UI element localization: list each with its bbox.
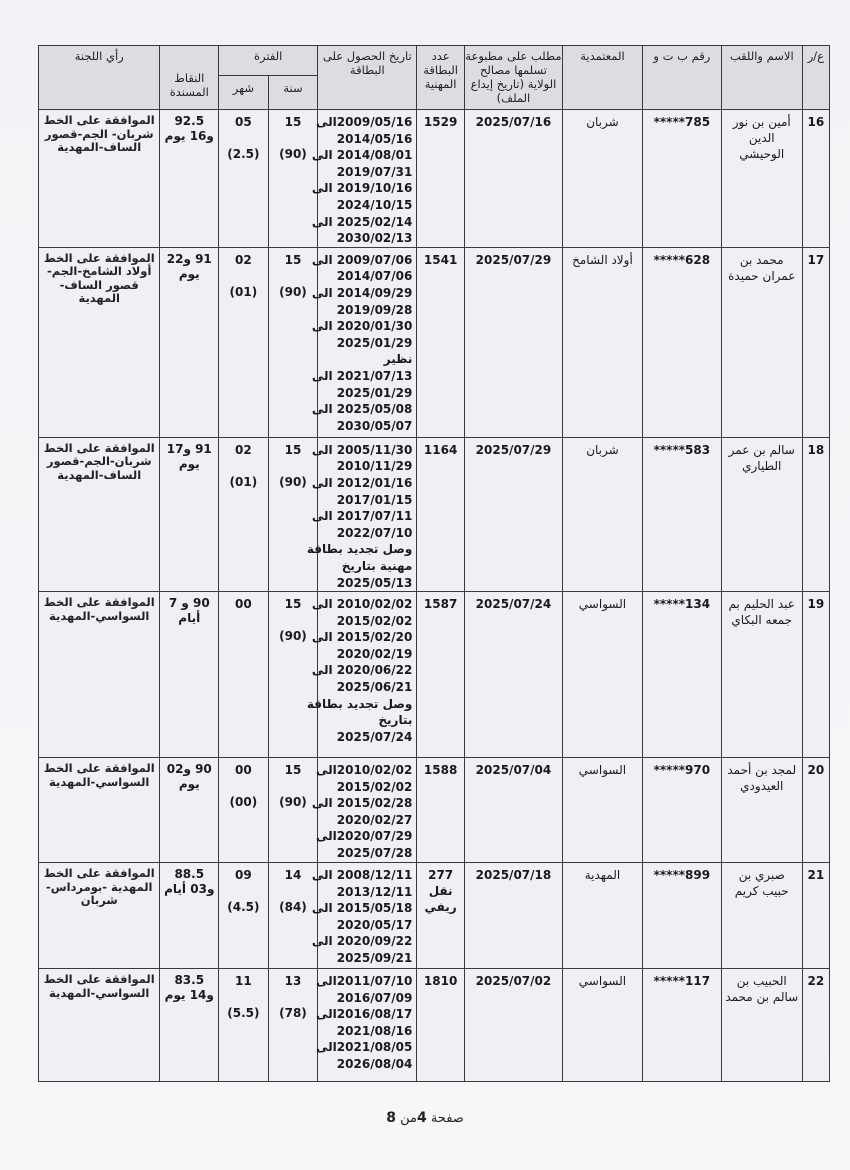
card_dates-line: 2014/08/01 الى [318, 147, 412, 164]
name-line: محمد بن [725, 252, 799, 268]
cell-request-date: 2025/07/29 [464, 437, 562, 591]
card_number-line: ريفي [417, 899, 464, 915]
delegation: السواسي [579, 974, 626, 988]
page-label: صفحة [431, 1111, 464, 1126]
cell-opinion: الموافقة على الخطشربان-الجم-قصورالساف-ال… [39, 437, 160, 591]
card_dates-line: 2025/05/13 [318, 575, 412, 592]
card_dates-line: 2020/01/30 الى [318, 318, 412, 335]
name-line: الدين [725, 130, 799, 146]
months: 00 [235, 597, 252, 611]
card_number-line: 1164 [417, 442, 464, 458]
card_dates-line: بتاريخ [318, 712, 412, 729]
header-id-number: رقم ب ت و [642, 46, 721, 110]
cell-card-number: 1164 [417, 437, 465, 591]
years-sub: (90) [269, 146, 318, 162]
years: 13 [285, 974, 302, 988]
card_dates-line: 2025/07/24 [318, 729, 412, 746]
card_dates-line: 2005/11/30 الى [318, 442, 412, 459]
years-sub: (90) [269, 628, 318, 644]
page-number: صفحة 4من 8 [0, 1110, 850, 1126]
cell-card-dates: 2005/11/30 الى2010/11/292012/01/16 الى20… [318, 437, 417, 591]
years-sub: (78) [269, 1005, 318, 1021]
card_dates-line: 2021/07/13 الى [318, 368, 412, 385]
years-sub: (90) [269, 284, 318, 300]
card_dates-line: 2011/07/10الى [318, 973, 412, 990]
cell-months: 02(01) [219, 437, 269, 591]
page-current: 4 [417, 1110, 427, 1126]
cell-name: الحبيب بنسالم بن محمد [721, 969, 802, 1082]
cell-opinion: الموافقة على الخطالمهدية -بومرداس-شربان [39, 863, 160, 969]
points-line: يوم [160, 267, 218, 282]
years: 14 [285, 868, 302, 882]
delegation: شربان [586, 443, 618, 457]
request-date: 2025/07/29 [476, 253, 552, 267]
table-body: 16أمين بن نورالدينالوحيشي*****785شربان20… [39, 110, 830, 1082]
cell-months: 09(4.5) [219, 863, 269, 969]
cell-points: 91 و22يوم [160, 247, 219, 437]
id-number: *****899 [654, 868, 710, 882]
card_dates-line: 2020/07/29الى [318, 828, 412, 845]
cell-card-dates: 2010/02/02الى2015/02/022015/02/28 الى202… [318, 758, 417, 863]
cell-id-number: *****628 [642, 247, 721, 437]
name-line: حبيب كريم [725, 883, 799, 899]
card_dates-line: 2009/07/06 الى [318, 252, 412, 269]
table-row: 19عبد الحليم بمجمعه البكاي*****134السواس… [39, 592, 830, 758]
cell-request-date: 2025/07/24 [464, 592, 562, 758]
opinion-line: المهدية -بومرداس- [43, 881, 155, 895]
card_dates-line: 2025/01/29 [318, 385, 412, 402]
card_dates-line: 2009/05/16الى [318, 114, 412, 131]
cell-index: 17 [802, 247, 829, 437]
cell-id-number: *****785 [642, 110, 721, 248]
cell-id-number: *****583 [642, 437, 721, 591]
card_number-line: نقل [417, 883, 464, 899]
card_dates-line: 2008/12/11 الى [318, 867, 412, 884]
cell-id-number: *****899 [642, 863, 721, 969]
points-line: 83.5 [160, 973, 218, 988]
card_dates-line: 2024/10/15 [318, 197, 412, 214]
name-line: لمجد بن أحمد [725, 762, 799, 778]
request-date: 2025/07/02 [476, 974, 552, 988]
name-line: الطياري [725, 458, 799, 474]
cell-delegation: السواسي [563, 592, 643, 758]
cell-id-number: *****970 [642, 758, 721, 863]
years-sub: (84) [269, 899, 318, 915]
points-line: يوم [160, 777, 218, 792]
card_number-line: 1588 [417, 762, 464, 778]
cell-delegation: السواسي [563, 969, 643, 1082]
points-line: و14 يوم [160, 988, 218, 1003]
id-number: *****970 [654, 763, 710, 777]
cell-years: 13(78) [268, 969, 318, 1082]
cell-months: 05(2.5) [219, 110, 269, 248]
cell-card-number: 277نقلريفي [417, 863, 465, 969]
name-line: جمعه البكاي [725, 612, 799, 628]
months: 09 [235, 868, 252, 882]
cell-delegation: المهدية [563, 863, 643, 969]
header-period-month: شهر [219, 76, 269, 110]
years: 15 [285, 253, 302, 267]
years: 15 [285, 443, 302, 457]
name-line: صبري بن [725, 867, 799, 883]
name-line: الحبيب بن [725, 973, 799, 989]
points-line: يوم [160, 457, 218, 472]
card_dates-line: وصل تجديد بطاقة [318, 696, 412, 713]
months-sub: (2.5) [219, 146, 268, 162]
cell-card-number: 1587 [417, 592, 465, 758]
delegation: المهدية [585, 868, 621, 882]
card_dates-line: 2016/07/09 [318, 990, 412, 1007]
months: 00 [235, 763, 252, 777]
cell-index: 20 [802, 758, 829, 863]
row-index: 17 [808, 253, 825, 267]
cell-opinion: الموافقة على الخطالسواسي-المهدية [39, 592, 160, 758]
card_dates-line: 2025/05/08 الى [318, 401, 412, 418]
months-sub: (01) [219, 284, 268, 300]
row-index: 22 [808, 974, 825, 988]
delegation: السواسي [579, 597, 626, 611]
card_dates-line: 2010/11/29 [318, 458, 412, 475]
card_dates-line: 2021/08/05الى [318, 1039, 412, 1056]
header-delegation: المعتمدية [563, 46, 643, 110]
name-line: العيدودي [725, 778, 799, 794]
cell-years: 15(90) [268, 437, 318, 591]
points-line: أيام [160, 611, 218, 626]
card_dates-line: 2015/05/18 الى [318, 900, 412, 917]
name-line: أمين بن نور [725, 114, 799, 130]
card_dates-line: 2015/02/20 الى [318, 629, 412, 646]
opinion-line: السواسي-المهدية [43, 987, 155, 1001]
points-line: و16 يوم [160, 129, 218, 144]
opinion-line: الساف-المهدية [43, 469, 155, 483]
card_dates-line: 2016/08/17الى [318, 1006, 412, 1023]
card_number-line: 1541 [417, 252, 464, 268]
cell-card-dates: 2009/05/16الى2014/05/162014/08/01 الى201… [318, 110, 417, 248]
card_dates-line: 2019/09/28 [318, 302, 412, 319]
name-line: سالم بن عمر [725, 442, 799, 458]
card_dates-line: نظير [318, 351, 412, 368]
name-line: عبد الحليم بم [725, 596, 799, 612]
cell-card-number: 1541 [417, 247, 465, 437]
opinion-line: شربان- الجم-قصور [43, 128, 155, 142]
card_dates-line: 2030/02/13 [318, 230, 412, 247]
table-row: 21صبري بنحبيب كريم*****899المهدية2025/07… [39, 863, 830, 969]
card_dates-line: 2025/06/21 [318, 679, 412, 696]
page-of: من [400, 1111, 417, 1126]
cell-months: 11(5.5) [219, 969, 269, 1082]
table-row: 22الحبيب بنسالم بن محمد*****117السواسي20… [39, 969, 830, 1082]
opinion-line: الموافقة على الخط [43, 114, 155, 128]
cell-index: 19 [802, 592, 829, 758]
cell-index: 21 [802, 863, 829, 969]
cell-request-date: 2025/07/29 [464, 247, 562, 437]
years: 15 [285, 763, 302, 777]
points-line: 92.5 [160, 114, 218, 129]
cell-index: 16 [802, 110, 829, 248]
points-line: 91 و17 [160, 442, 218, 457]
card_number-line: 1529 [417, 114, 464, 130]
months-sub: (00) [219, 794, 268, 810]
opinion-line: أولاد الشامخ-الجم- [43, 265, 155, 279]
card_dates-line: 2021/08/16 [318, 1023, 412, 1040]
name-line: الوحيشي [725, 146, 799, 162]
card_dates-line: 2026/08/04 [318, 1056, 412, 1073]
opinion-line: الموافقة على الخط [43, 762, 155, 776]
name-line: سالم بن محمد [725, 989, 799, 1005]
request-date: 2025/07/04 [476, 763, 552, 777]
points-line: 88.5 [160, 867, 218, 882]
row-index: 21 [808, 868, 825, 882]
cell-opinion: الموافقة على الخطأولاد الشامخ-الجم-قصور … [39, 247, 160, 437]
header-points: النقاط المسندة [160, 46, 219, 110]
opinion-line: السواسي-المهدية [43, 776, 155, 790]
years-sub: (90) [269, 794, 318, 810]
card_dates-line: 2025/02/14 الى [318, 214, 412, 231]
card_dates-line: 2019/07/31 [318, 164, 412, 181]
card_dates-line: 2014/05/16 [318, 131, 412, 148]
table-row: 17محمد بنعمران حميدة*****628أولاد الشامخ… [39, 247, 830, 437]
card_number-line: 277 [417, 867, 464, 883]
cell-delegation: شربان [563, 110, 643, 248]
card_dates-line: 2015/02/28 الى [318, 795, 412, 812]
cell-points: 90 و02يوم [160, 758, 219, 863]
cell-opinion: الموافقة على الخطشربان- الجم-قصورالساف-ا… [39, 110, 160, 248]
card_dates-line: 2020/06/22 الى [318, 662, 412, 679]
card_dates-line: 2014/07/06 [318, 268, 412, 285]
card_dates-line: 2020/02/27 [318, 812, 412, 829]
cell-id-number: *****134 [642, 592, 721, 758]
card_dates-line: 2020/05/17 [318, 917, 412, 934]
header-period-year: سنة [268, 76, 318, 110]
card_dates-line: 2025/07/28 [318, 845, 412, 862]
cell-name: سالم بن عمرالطياري [721, 437, 802, 591]
id-number: *****785 [654, 115, 710, 129]
delegation: شربان [586, 115, 618, 129]
header-card-number: عدد البطاقة المهنية [417, 46, 465, 110]
cell-opinion: الموافقة على الخطالسواسي-المهدية [39, 758, 160, 863]
cell-card-number: 1588 [417, 758, 465, 863]
row-index: 19 [808, 597, 825, 611]
cell-points: 91 و17يوم [160, 437, 219, 591]
cell-card-dates: 2011/07/10الى2016/07/092016/08/17الى2021… [318, 969, 417, 1082]
points-line: 91 و22 [160, 252, 218, 267]
card_dates-line: 2015/02/02 [318, 613, 412, 630]
cell-points: 90 و 7أيام [160, 592, 219, 758]
cell-delegation: السواسي [563, 758, 643, 863]
delegation: أولاد الشامخ [572, 253, 633, 267]
card_dates-line: وصل تجديد بطاقة [318, 541, 412, 558]
page-total: 8 [386, 1110, 396, 1126]
card_dates-line: 2025/01/29 [318, 335, 412, 352]
card_dates-line: 2015/02/02 [318, 779, 412, 796]
years: 15 [285, 115, 302, 129]
cell-name: أمين بن نورالدينالوحيشي [721, 110, 802, 248]
cell-years: 15(90) [268, 247, 318, 437]
points-line: و03 أيام [160, 882, 218, 897]
cell-delegation: شربان [563, 437, 643, 591]
row-index: 20 [808, 763, 825, 777]
cell-opinion: الموافقة على الخطالسواسي-المهدية [39, 969, 160, 1082]
card_dates-line: 2013/12/11 [318, 884, 412, 901]
card_dates-line: 2010/02/02 الى [318, 596, 412, 613]
card_dates-line: 2022/07/10 [318, 525, 412, 542]
table-row: 16أمين بن نورالدينالوحيشي*****785شربان20… [39, 110, 830, 248]
cell-points: 88.5و03 أيام [160, 863, 219, 969]
cell-months: 02(01) [219, 247, 269, 437]
opinion-line: قصور الساف- [43, 279, 155, 293]
card_dates-line: 2012/01/16 الى [318, 475, 412, 492]
cell-request-date: 2025/07/02 [464, 969, 562, 1082]
opinion-line: الموافقة على الخط [43, 596, 155, 610]
header-name: الاسم واللقب [721, 46, 802, 110]
cell-card-dates: 2008/12/11 الى2013/12/112015/05/18 الى20… [318, 863, 417, 969]
request-date: 2025/07/16 [476, 115, 552, 129]
card_number-line: 1810 [417, 973, 464, 989]
cell-card-dates: 2010/02/02 الى2015/02/022015/02/20 الى20… [318, 592, 417, 758]
id-number: *****628 [654, 253, 710, 267]
cell-card-dates: 2009/07/06 الى2014/07/062014/09/29 الى20… [318, 247, 417, 437]
card_dates-line: مهنية بتاريخ [318, 558, 412, 575]
cell-name: عبد الحليم بمجمعه البكاي [721, 592, 802, 758]
cell-card-number: 1810 [417, 969, 465, 1082]
points-line: 90 و 7 [160, 596, 218, 611]
months: 11 [235, 974, 252, 988]
card_dates-line: 2010/02/02الى [318, 762, 412, 779]
months: 05 [235, 115, 252, 129]
card_dates-line: 2020/02/19 [318, 646, 412, 663]
cell-request-date: 2025/07/18 [464, 863, 562, 969]
header-index: ع/ر [802, 46, 829, 110]
row-index: 16 [808, 115, 825, 129]
header-period: الفترة [219, 46, 318, 76]
months-sub: (4.5) [219, 899, 268, 915]
card_dates-line: 2017/01/15 [318, 492, 412, 509]
cell-request-date: 2025/07/16 [464, 110, 562, 248]
cell-index: 18 [802, 437, 829, 591]
request-date: 2025/07/18 [476, 868, 552, 882]
opinion-line: الموافقة على الخط [43, 973, 155, 987]
cell-delegation: أولاد الشامخ [563, 247, 643, 437]
card_dates-line: 2025/09/21 [318, 950, 412, 967]
table-row: 18سالم بن عمرالطياري*****583شربان2025/07… [39, 437, 830, 591]
points-line: 90 و02 [160, 762, 218, 777]
cell-name: لمجد بن أحمدالعيدودي [721, 758, 802, 863]
opinion-line: الموافقة على الخط [43, 867, 155, 881]
card_dates-line: 2014/09/29 الى [318, 285, 412, 302]
cell-months: 00(00) [219, 758, 269, 863]
cell-name: محمد بنعمران حميدة [721, 247, 802, 437]
card_dates-line: 2019/10/16 الى [318, 180, 412, 197]
cell-years: 14(84) [268, 863, 318, 969]
registry-table: ع/ر الاسم واللقب رقم ب ت و المعتمدية مطل… [38, 45, 830, 1082]
header-opinion: رأي اللجنة [39, 46, 160, 110]
header-request: مطلب على مطبوعة تسلمها مصالح الولاية (تا… [464, 46, 562, 110]
opinion-line: المهدية [43, 292, 155, 306]
cell-months: 00 [219, 592, 269, 758]
request-date: 2025/07/29 [476, 443, 552, 457]
years-sub: (90) [269, 474, 318, 490]
cell-years: 15(90) [268, 110, 318, 248]
cell-points: 83.5و14 يوم [160, 969, 219, 1082]
header-card-date: تاريخ الحصول على البطاقة [318, 46, 417, 110]
id-number: *****134 [654, 597, 710, 611]
months-sub: (01) [219, 474, 268, 490]
cell-card-number: 1529 [417, 110, 465, 248]
opinion-line: شربان-الجم-قصور [43, 455, 155, 469]
cell-id-number: *****117 [642, 969, 721, 1082]
years: 15 [285, 597, 302, 611]
card_number-line: 1587 [417, 596, 464, 612]
cell-index: 22 [802, 969, 829, 1082]
name-line: عمران حميدة [725, 268, 799, 284]
opinion-line: السواسي-المهدية [43, 610, 155, 624]
id-number: *****117 [654, 974, 710, 988]
months: 02 [235, 443, 252, 457]
request-date: 2025/07/24 [476, 597, 552, 611]
delegation: السواسي [579, 763, 626, 777]
row-index: 18 [808, 443, 825, 457]
opinion-line: الموافقة على الخط [43, 442, 155, 456]
months: 02 [235, 253, 252, 267]
id-number: *****583 [654, 443, 710, 457]
cell-points: 92.5و16 يوم [160, 110, 219, 248]
opinion-line: الساف-المهدية [43, 141, 155, 155]
cell-request-date: 2025/07/04 [464, 758, 562, 863]
card_dates-line: 2017/07/11 الى [318, 508, 412, 525]
table-row: 20لمجد بن أحمدالعيدودي*****970السواسي202… [39, 758, 830, 863]
months-sub: (5.5) [219, 1005, 268, 1021]
cell-name: صبري بنحبيب كريم [721, 863, 802, 969]
cell-years: 15(90) [268, 592, 318, 758]
card_dates-line: 2020/09/22 الى [318, 933, 412, 950]
card_dates-line: 2030/05/07 [318, 418, 412, 435]
cell-years: 15(90) [268, 758, 318, 863]
opinion-line: شربان [43, 894, 155, 908]
